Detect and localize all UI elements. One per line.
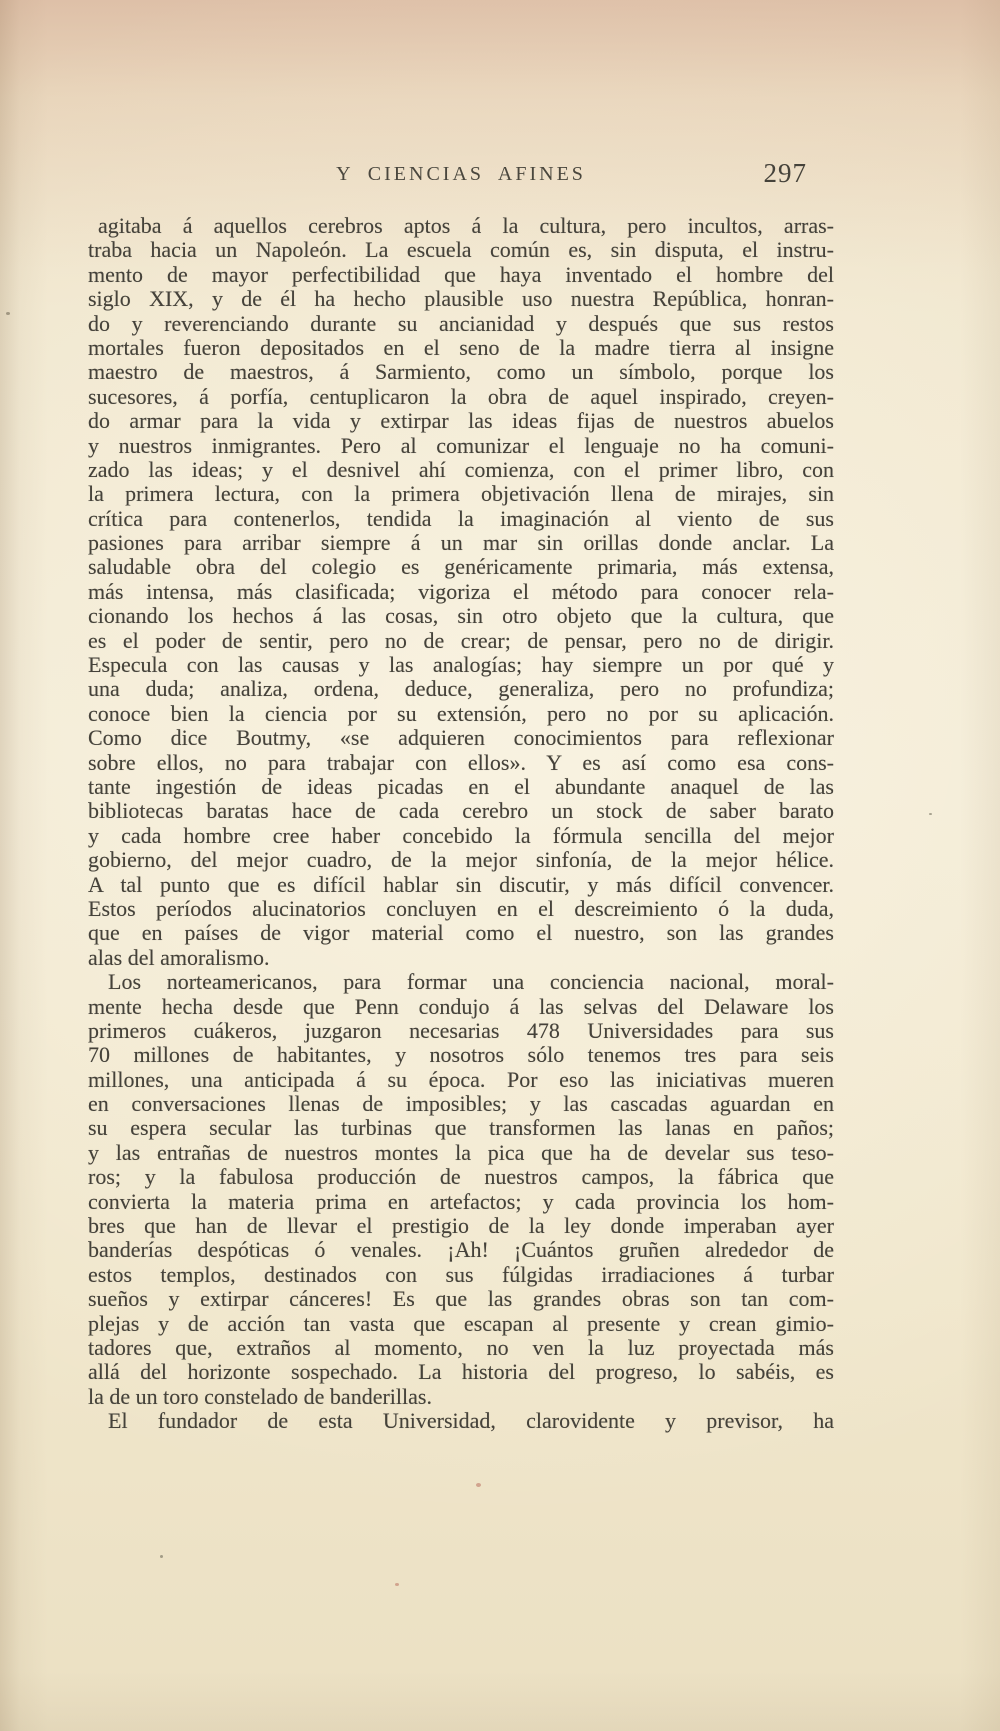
text-line: siglo XIX, y de él ha hecho plausible us… bbox=[88, 287, 834, 311]
text-line: sueños y extirpar cánceres! Es que las g… bbox=[88, 1287, 834, 1311]
text-line: bibliotecas baratas hace de cada cerebro… bbox=[88, 799, 834, 823]
paragraph: agitaba á aquellos cerebros aptos á la c… bbox=[88, 214, 834, 970]
text-line: plejas y de acción tan vasta que escapan… bbox=[88, 1312, 834, 1336]
text-line: y cada hombre cree haber concebido la fó… bbox=[88, 824, 834, 848]
text-line: tante ingestión de ideas picadas en el a… bbox=[88, 775, 834, 799]
paper-stain bbox=[476, 1483, 481, 1487]
text-line: maestro de maestros, á Sarmiento, como u… bbox=[88, 360, 834, 384]
text-line: y las entrañas de nuestros montes la pic… bbox=[88, 1141, 834, 1165]
text-line: millones, una anticipada á su época. Por… bbox=[88, 1068, 834, 1092]
paper-speck bbox=[160, 1555, 163, 1558]
text-line: en conversaciones llenas de imposibles; … bbox=[88, 1092, 834, 1116]
text-line: que en países de vigor material como el … bbox=[88, 921, 834, 945]
text-line: traba hacia un Napoleón. La escuela comú… bbox=[88, 238, 834, 262]
text-line: crítica para contenerlos, tendida la ima… bbox=[88, 507, 834, 531]
text-line: la de un toro constelado de banderillas. bbox=[88, 1385, 834, 1409]
text-line: mente hecha desde que Penn condujo á las… bbox=[88, 995, 834, 1019]
text-block: agitaba á aquellos cerebros aptos á la c… bbox=[88, 214, 834, 1434]
text-line: mento de mayor perfectibilidad que haya … bbox=[88, 263, 834, 287]
text-line: do y reverenciando durante su ancianidad… bbox=[88, 312, 834, 336]
text-line: zado las ideas; y el desnivel ahí comien… bbox=[88, 458, 834, 482]
text-line: banderías despóticas ó venales. ¡Ah! ¡Cu… bbox=[88, 1238, 834, 1262]
scanned-book-page: Y CIENCIAS AFINES 297 agitaba á aquellos… bbox=[0, 0, 1000, 1731]
text-line: conoce bien la ciencia por su extensión,… bbox=[88, 702, 834, 726]
running-header-title: Y CIENCIAS AFINES bbox=[88, 163, 834, 186]
text-line: ros; y la fabulosa producción de nuestro… bbox=[88, 1165, 834, 1189]
text-line: y nuestros inmigrantes. Pero al comuniza… bbox=[88, 434, 834, 458]
text-line: estos templos, destinados con sus fúlgid… bbox=[88, 1263, 834, 1287]
text-line: convierta la materia prima en artefactos… bbox=[88, 1190, 834, 1214]
text-line: cionando los hechos á las cosas, sin otr… bbox=[88, 604, 834, 628]
text-line: agitaba á aquellos cerebros aptos á la c… bbox=[88, 214, 834, 238]
text-line: más intensa, más clasificada; vigoriza e… bbox=[88, 580, 834, 604]
text-line: Como dice Boutmy, «se adquieren conocimi… bbox=[88, 726, 834, 750]
text-line: Los norteamericanos, para formar una con… bbox=[88, 970, 834, 994]
text-line: Estos períodos alucinatorios concluyen e… bbox=[88, 897, 834, 921]
text-line: A tal punto que es difícil hablar sin di… bbox=[88, 873, 834, 897]
text-line: gobierno, del mejor cuadro, de la mejor … bbox=[88, 848, 834, 872]
text-line: una duda; analiza, ordena, deduce, gener… bbox=[88, 677, 834, 701]
text-line: su espera secular las turbinas que trans… bbox=[88, 1116, 834, 1140]
paper-speck bbox=[6, 312, 10, 315]
text-line: bres que han de llevar el prestigio de l… bbox=[88, 1214, 834, 1238]
paragraph: El fundador de esta Universidad, clarovi… bbox=[88, 1409, 834, 1433]
text-line: mortales fueron depositados en el seno d… bbox=[88, 336, 834, 360]
text-line: es el poder de sentir, pero no de crear;… bbox=[88, 629, 834, 653]
text-line: primeros cuákeros, juzgaron necesarias 4… bbox=[88, 1019, 834, 1043]
text-line: Especula con las causas y las analogías;… bbox=[88, 653, 834, 677]
paragraph: Los norteamericanos, para formar una con… bbox=[88, 970, 834, 1409]
page-number: 297 bbox=[764, 158, 808, 189]
text-line: sucesores, á porfía, centuplicaron la ob… bbox=[88, 385, 834, 409]
text-line: tadores que, extraños al momento, no ven… bbox=[88, 1336, 834, 1360]
text-line: alas del amoralismo. bbox=[88, 946, 834, 970]
text-line: pasiones para arribar siempre á un mar s… bbox=[88, 531, 834, 555]
text-line: la primera lectura, con la primera objet… bbox=[88, 482, 834, 506]
paper-stain bbox=[395, 1583, 399, 1586]
text-line: sobre ellos, no para trabajar con ellos»… bbox=[88, 751, 834, 775]
text-line: 70 millones de habitantes, y nosotros só… bbox=[88, 1043, 834, 1067]
text-line: do armar para la vida y extirpar las ide… bbox=[88, 409, 834, 433]
paper-speck bbox=[929, 813, 932, 815]
text-line: saludable obra del colegio es genéricame… bbox=[88, 555, 834, 579]
text-line: allá del horizonte sospechado. La histor… bbox=[88, 1360, 834, 1384]
text-line: El fundador de esta Universidad, clarovi… bbox=[88, 1409, 834, 1433]
